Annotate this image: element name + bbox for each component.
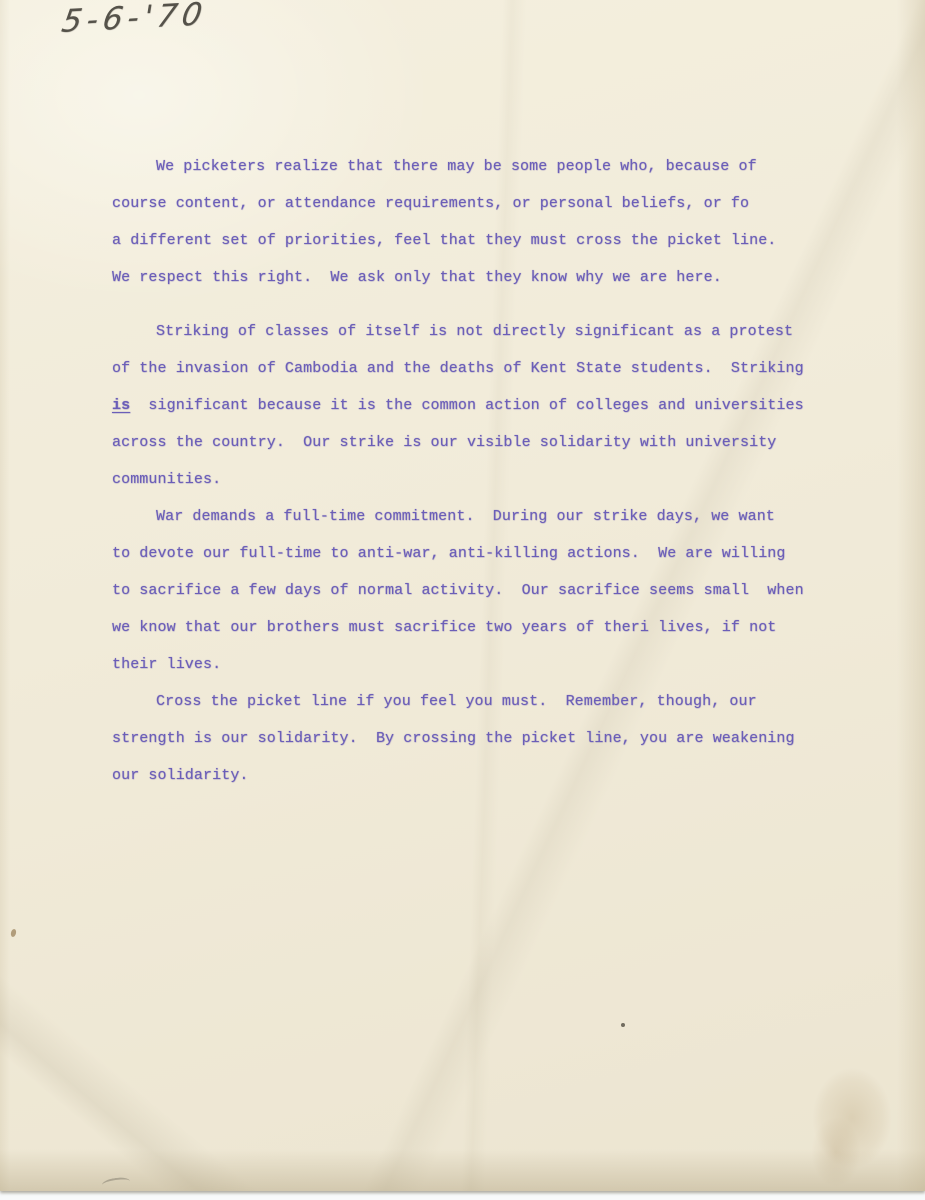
typed-line: is significant because it is the common … (112, 387, 832, 424)
paper-speck (621, 1023, 625, 1027)
typed-paragraph: Cross the picket line if you feel you mu… (112, 683, 832, 794)
typed-paragraph: War demands a full-time commitment. Duri… (112, 498, 832, 683)
typed-line: communities. (112, 461, 832, 498)
typed-line: across the country. Our strike is our vi… (112, 424, 832, 461)
typed-paragraph: We picketers realize that there may be s… (112, 148, 832, 296)
typed-line: we know that our brothers must sacrifice… (112, 609, 832, 646)
paper-speck (10, 928, 17, 937)
typed-line: our solidarity. (112, 757, 832, 794)
typed-line: We picketers realize that there may be s… (112, 148, 832, 185)
typed-line: to sacrifice a few days of normal activi… (112, 572, 832, 609)
typed-line: to devote our full-time to anti-war, ant… (112, 535, 832, 572)
typed-line: Striking of classes of itself is not dir… (112, 313, 832, 350)
typed-line: of the invasion of Cambodia and the deat… (112, 350, 832, 387)
typed-document: We picketers realize that there may be s… (112, 148, 832, 794)
pencil-mark (101, 1176, 130, 1190)
typed-line: their lives. (112, 646, 832, 683)
emphasis-word: is (112, 397, 130, 414)
typed-line-rest: significant because it is the common act… (130, 397, 804, 414)
typed-line: War demands a full-time commitment. Duri… (112, 498, 832, 535)
typed-line: a different set of priorities, feel that… (112, 222, 832, 259)
typed-line: strength is our solidarity. By crossing … (112, 720, 832, 757)
paper-sheet: 5-6-'70 We picketers realize that there … (0, 0, 925, 1191)
typed-line: course content, or attendance requiremen… (112, 185, 832, 222)
typed-line: Cross the picket line if you feel you mu… (112, 683, 832, 720)
handwritten-date: 5-6-'70 (59, 0, 209, 40)
typed-paragraph: Striking of classes of itself is not dir… (112, 313, 832, 498)
typed-line: We respect this right. We ask only that … (112, 259, 832, 296)
